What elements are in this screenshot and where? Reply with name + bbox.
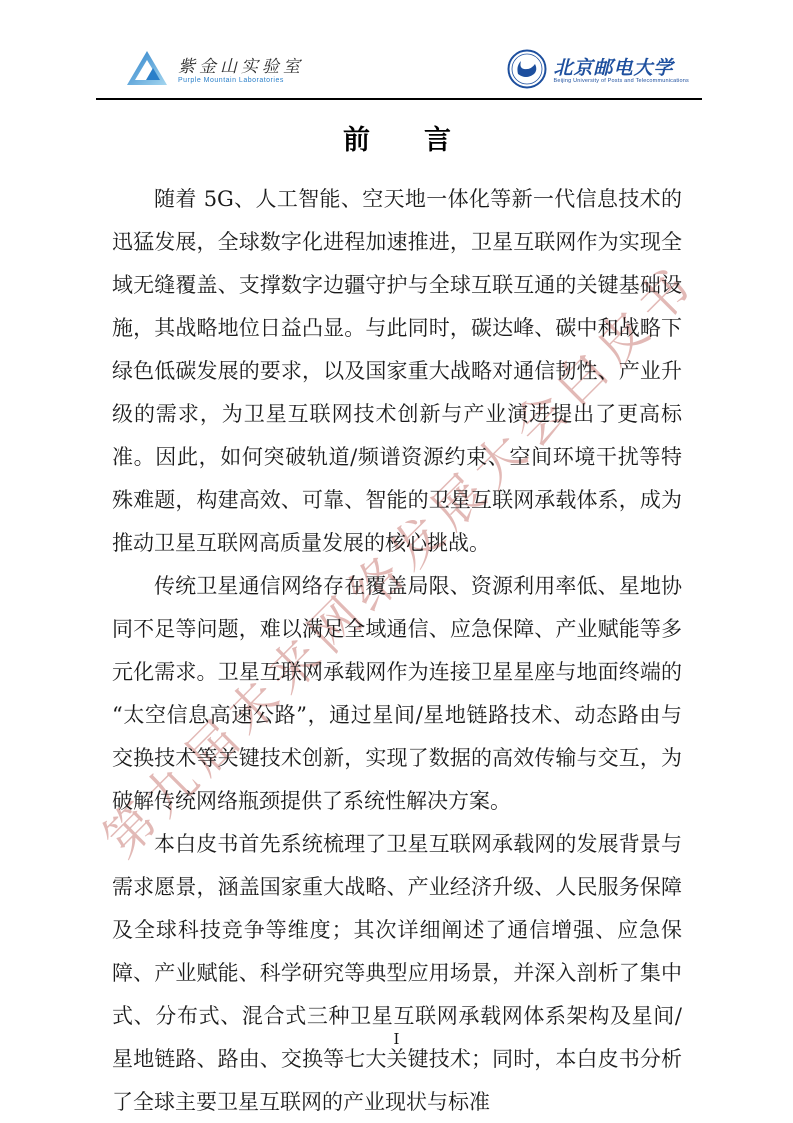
pml-logo-text: 紫金山实验室 Purple Mountain Laboratories — [178, 58, 304, 84]
bupt-logo-english-name: Beijing University of Posts and Telecomm… — [553, 78, 689, 84]
pml-logo: 紫金山实验室 Purple Mountain Laboratories — [126, 48, 304, 94]
bupt-logo: 北京邮电大学 Beijing University of Posts and T… — [507, 49, 689, 93]
preface-paragraph-3: 本白皮书首先系统梳理了卫星互联网承载网的发展背景与需求愿景，涵盖国家重大战略、产… — [112, 823, 682, 1123]
pml-logo-chinese-name: 紫金山实验室 — [178, 58, 304, 77]
preface-content: 前 言 随着 5G、人工智能、空天地一体化等新一代信息技术的迅猛发展，全球数字化… — [112, 126, 682, 1123]
preface-paragraph-2: 传统卫星通信网络存在覆盖局限、资源利用率低、星地协同不足等问题，难以满足全域通信… — [112, 565, 682, 823]
page-number: I — [394, 1030, 400, 1048]
bupt-logo-chinese-name: 北京邮电大学 — [553, 58, 689, 79]
page-header: 紫金山实验室 Purple Mountain Laboratories 北京邮电… — [126, 46, 689, 96]
page-footer: I — [0, 1030, 793, 1048]
university-seal-icon — [507, 49, 547, 93]
page-title: 前 言 — [112, 126, 682, 156]
header-divider — [96, 98, 702, 100]
mountain-triangle-icon — [126, 48, 172, 94]
bupt-logo-text: 北京邮电大学 Beijing University of Posts and T… — [553, 58, 689, 85]
document-page: 第九届未来网络发展大会白皮书 紫金山实验室 Purple Mountai — [0, 0, 793, 1123]
pml-logo-english-name: Purple Mountain Laboratories — [178, 77, 304, 85]
preface-paragraph-1: 随着 5G、人工智能、空天地一体化等新一代信息技术的迅猛发展，全球数字化进程加速… — [112, 178, 682, 565]
